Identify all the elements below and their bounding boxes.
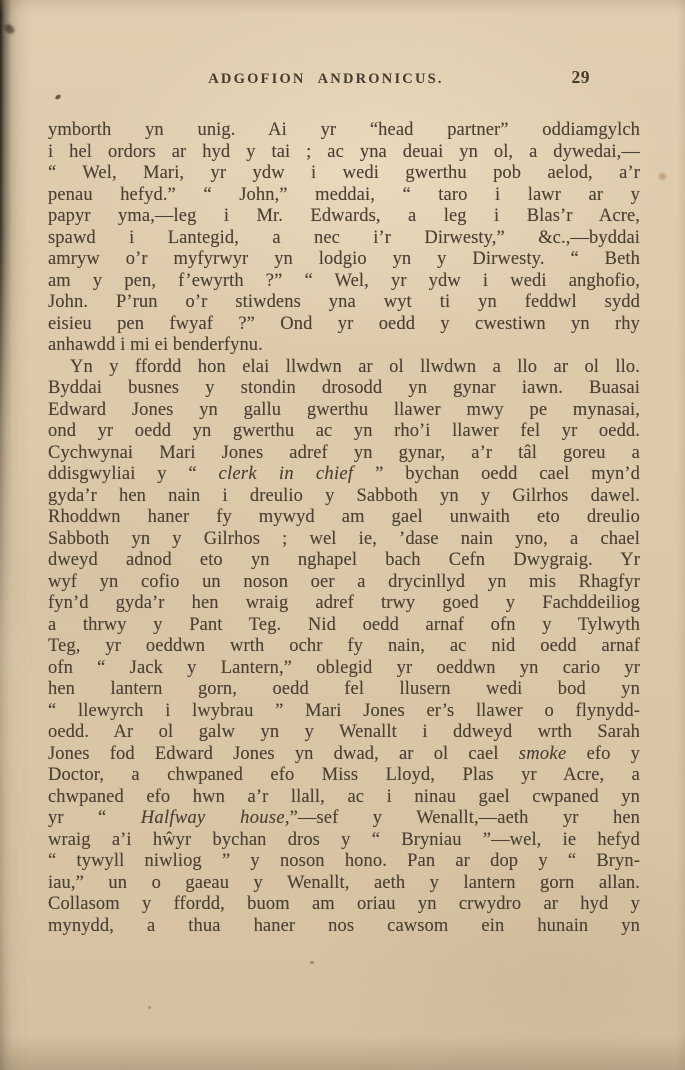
text-line: iau,” un o gaeau y Wenallt, aeth y lante… — [48, 873, 640, 895]
text-line: “ llewyrch i lwybrau ” Mari Jones er’s l… — [48, 701, 640, 723]
paper-speck — [310, 961, 314, 964]
text-line: wyf yn cofio un noson oer a drycinllyd y… — [48, 572, 640, 594]
paper-speck — [148, 1006, 151, 1009]
text-line: anhawdd i mi ei benderfynu. — [48, 335, 640, 357]
paper-speck — [54, 94, 61, 101]
text-line: chwpaned efo hwn a’r llall, ac i ninau g… — [48, 787, 640, 809]
text-line: amryw o’r myfyrwyr yn lodgio yn y Dirwes… — [48, 249, 640, 271]
text-line: ddisgwyliai y “ clerk in chief ” bychan … — [48, 464, 640, 486]
text-line: Yn y ffordd hon elai llwdwn ar ol llwdwn… — [48, 357, 640, 379]
text-line: yr “ Halfway house,”—sef y Wenallt,—aeth… — [48, 808, 640, 830]
text-line: John. P’run o’r stiwdens yna wyt ti yn f… — [48, 292, 640, 314]
italic-phrase: smoke — [519, 744, 567, 764]
text-line: “ tywyll niwliog ” y noson hono. Pan ar … — [48, 851, 640, 873]
text-line: a thrwy y Pant Teg. Nid oedd arnaf ofn y… — [48, 615, 640, 637]
text-line: Rhoddwn haner fy mywyd am gael unwaith e… — [48, 507, 640, 529]
text-line: Sabboth yn y Gilrhos ; wel ie, ’dase nai… — [48, 529, 640, 551]
text-line: fyn’d gyda’r hen wraig adref trwy goed y… — [48, 593, 640, 615]
text-block: ymborth yn unig. Ai yr “head partner” od… — [48, 120, 640, 937]
page-number: 29 — [572, 67, 591, 88]
text-line: am y pen, f’ewyrth ?” “ Wel, yr ydw i we… — [48, 271, 640, 293]
text-line: ymborth yn unig. Ai yr “head partner” od… — [48, 120, 640, 142]
text-line: ond yr oedd yn gwerthu ac yn rho’i llawe… — [48, 421, 640, 443]
italic-phrase: Halfway house — [141, 808, 285, 828]
text-line: Doctor, a chwpaned efo Miss Lloyd, Plas … — [48, 765, 640, 787]
page-bottom-shade — [0, 1036, 685, 1070]
text-line: Cychwynai Mari Jones adref yn gynar, a’r… — [48, 443, 640, 465]
text-line: “ Wel, Mari, yr ydw i wedi gwerthu pob a… — [48, 163, 640, 185]
text-line: mynydd, a thua haner nos cawsom ein huna… — [48, 916, 640, 938]
running-header-title: ADGOFION ANDRONICUS. — [30, 71, 622, 88]
page-header: ADGOFION ANDRONICUS. 29 — [48, 71, 640, 93]
text-line: Jones fod Edward Jones yn dwad, ar ol ca… — [48, 744, 640, 766]
text-line: Byddai busnes y stondin drosodd yn gynar… — [48, 378, 640, 400]
book-page: { "page": { "colors": { "paper": "#dbc8a… — [0, 0, 685, 1070]
paper-speck — [3, 22, 17, 35]
text-line: ofn “ Jack y Lantern,” oblegid yr oeddwn… — [48, 658, 640, 680]
italic-phrase: clerk in chief — [218, 464, 353, 484]
page-top-shade — [0, 0, 685, 14]
text-line: penau hefyd.” “ John,” meddai, “ taro i … — [48, 185, 640, 207]
paper-speck — [659, 173, 666, 180]
text-line: wraig a’i hŵyr bychan dros y “ Bryniau ”… — [48, 830, 640, 852]
text-line: Collasom y ffordd, buom am oriau yn crwy… — [48, 894, 640, 916]
text-line: hen lantern gorn, oedd fel llusern wedi … — [48, 679, 640, 701]
text-line: eisieu pen fwyaf ?” Ond yr oedd y cwesti… — [48, 314, 640, 336]
text-line: oedd. Ar ol galw yn y Wenallt i ddweyd w… — [48, 722, 640, 744]
binding-gutter-shadow — [0, 0, 30, 1070]
text-line: papyr yma,—leg i Mr. Edwards, a leg i Bl… — [48, 206, 640, 228]
page-right-shade — [677, 0, 685, 1070]
text-line: dweyd adnod eto yn nghapel bach Cefn Dwy… — [48, 550, 640, 572]
text-line: spawd i Lantegid, a nec i’r Dirwesty,” &… — [48, 228, 640, 250]
text-line: Edward Jones yn gallu gwerthu llawer mwy… — [48, 400, 640, 422]
text-line: Teg, yr oeddwn wrth ochr fy nain, ac nid… — [48, 636, 640, 658]
text-line: gyda’r hen nain i dreulio y Sabboth yn y… — [48, 486, 640, 508]
text-line: i hel ordors ar hyd y tai ; ac yna deuai… — [48, 142, 640, 164]
